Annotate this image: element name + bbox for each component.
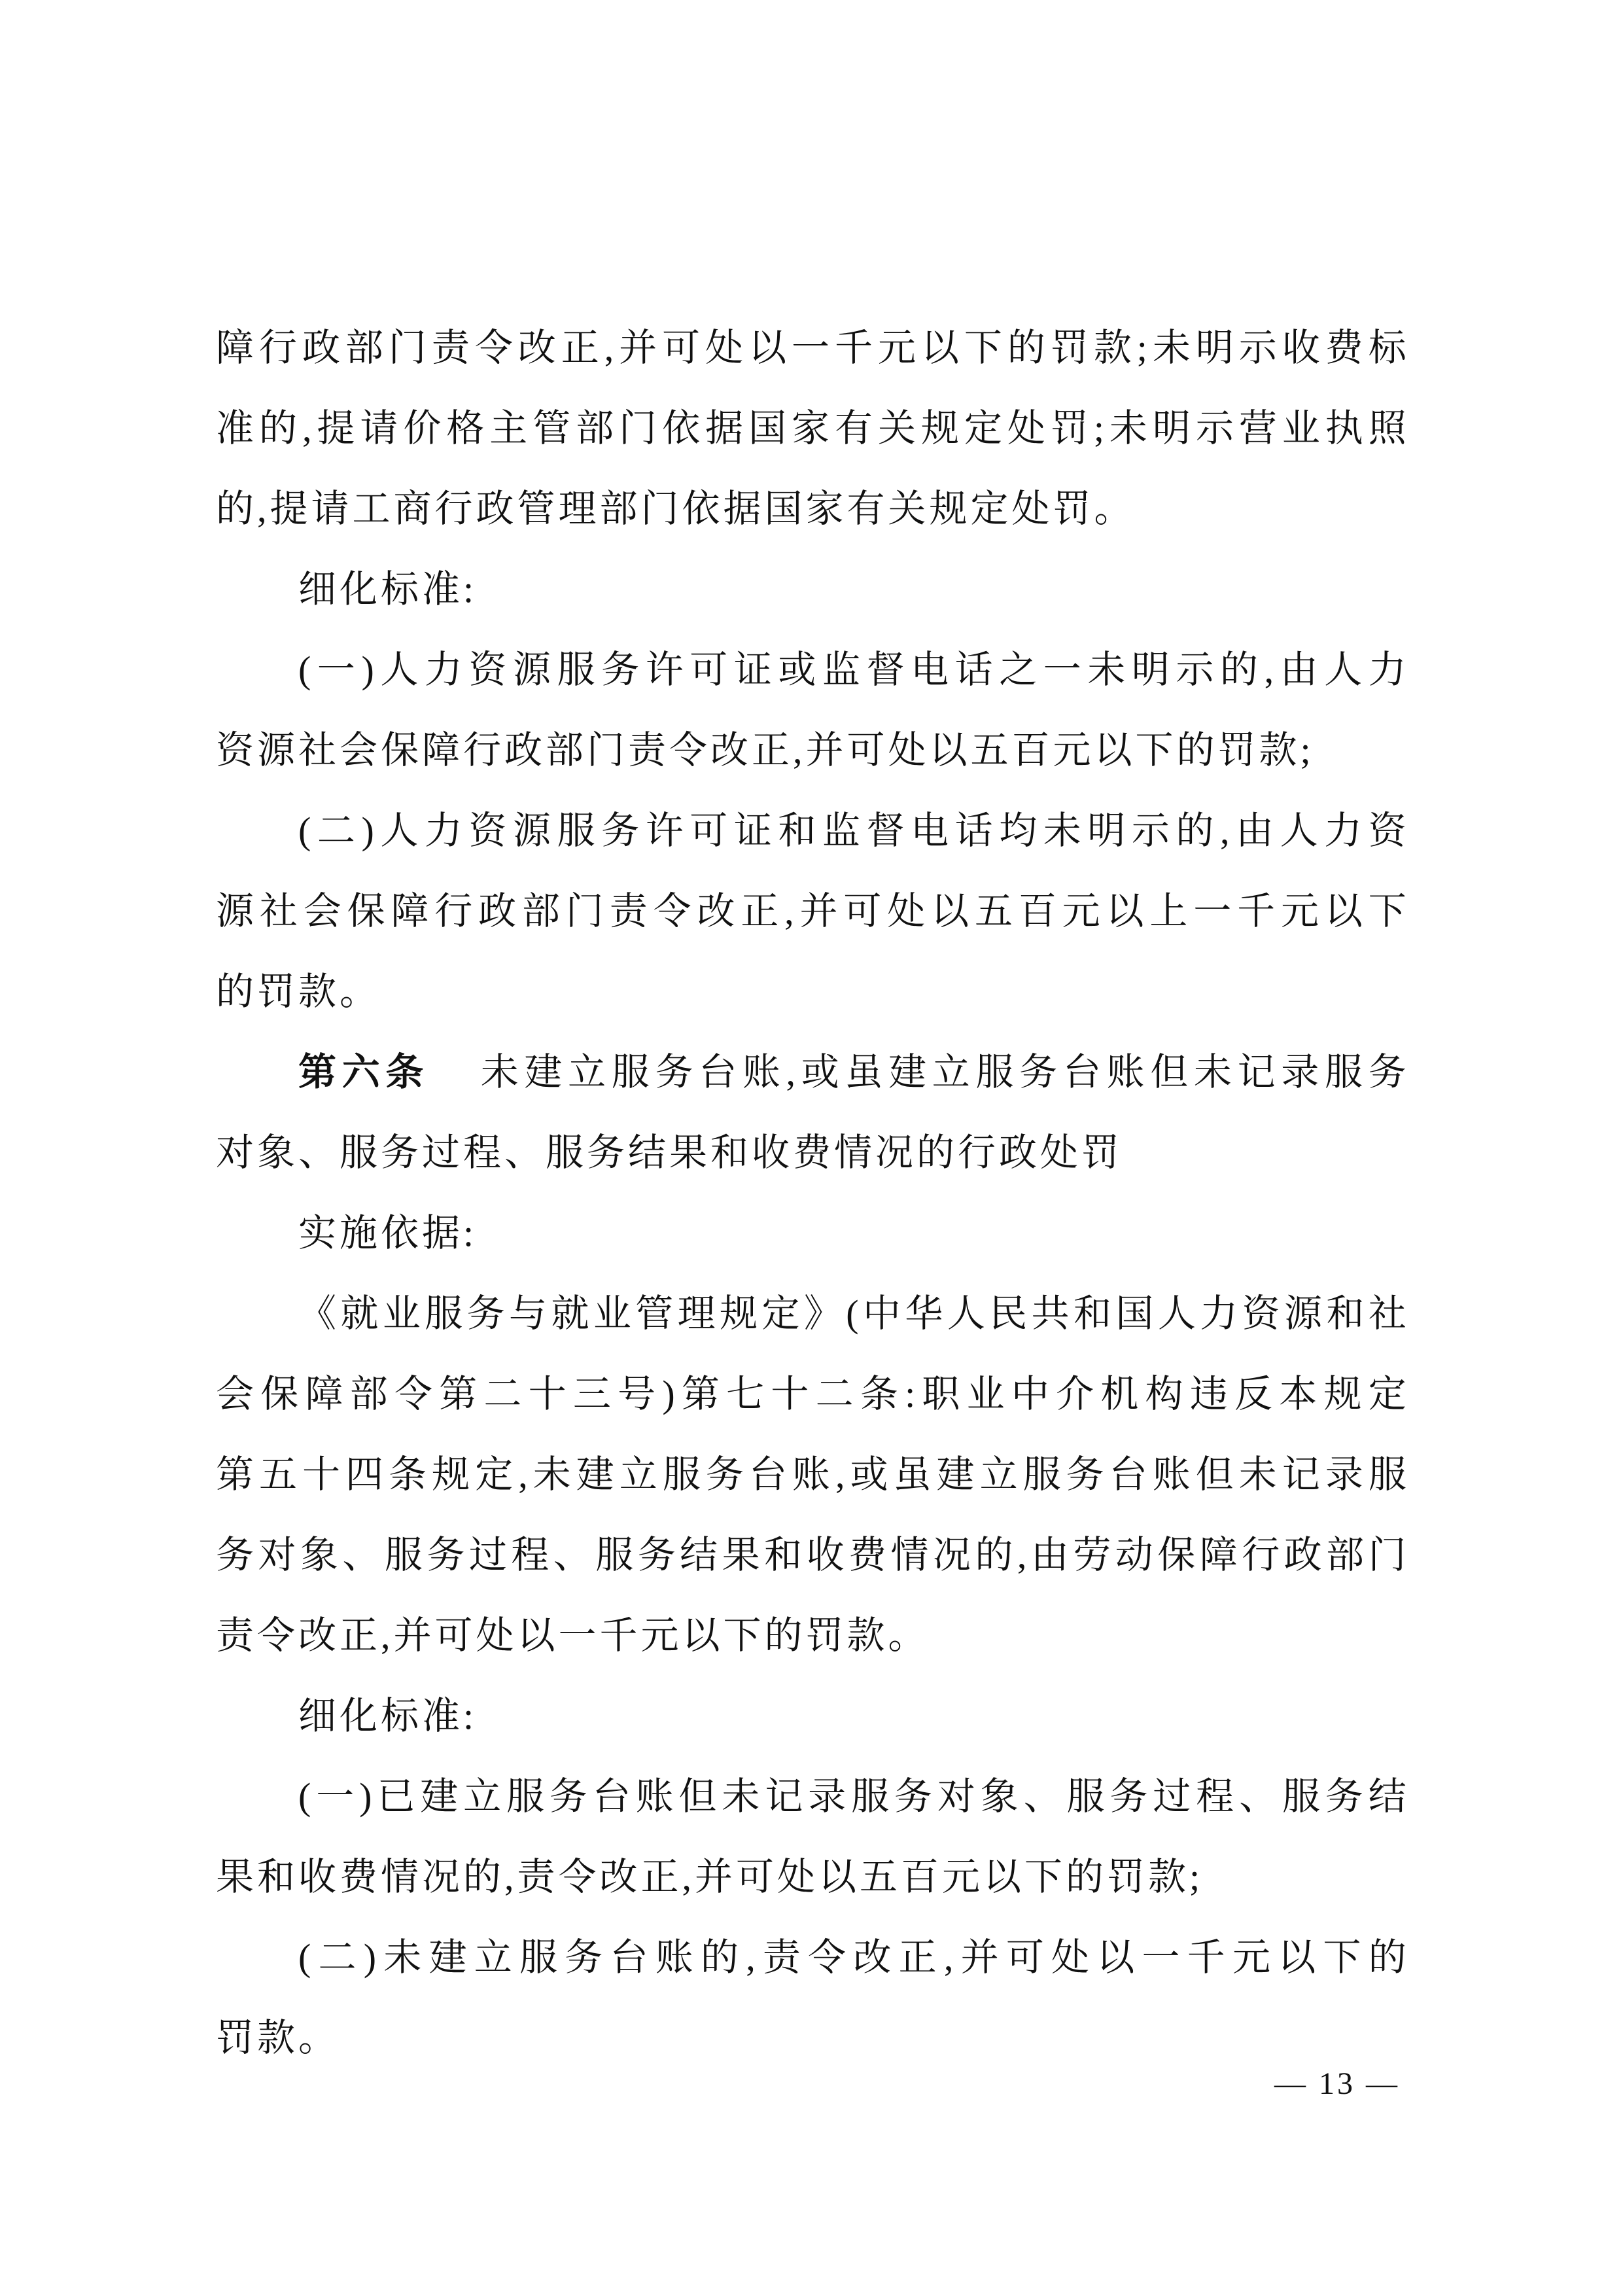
char: 明	[1153, 388, 1191, 468]
text-line: 细化标准:	[216, 549, 1406, 629]
char: 准	[216, 388, 254, 468]
article-number-char: 第	[298, 1032, 336, 1112]
char: 证	[734, 629, 772, 710]
char: 会	[216, 1354, 254, 1434]
char: 务	[427, 1515, 464, 1595]
char: 保	[260, 1354, 298, 1434]
char: 门	[566, 871, 604, 951]
char: 下	[1323, 1917, 1361, 1998]
text-line: 罚款。	[216, 1998, 1406, 2078]
char: 示	[1196, 388, 1234, 468]
char: 十	[771, 1354, 809, 1434]
char: 建	[420, 1756, 458, 1837]
char: 、	[1239, 1756, 1277, 1837]
char: 务	[1019, 1032, 1057, 1112]
char: 过	[469, 1515, 507, 1595]
char: 人	[1158, 1273, 1196, 1354]
char: (	[298, 1917, 311, 1998]
char: 服	[612, 1032, 650, 1112]
text-line: 的,提请工商行政管理部门依据国家有关规定处罚。	[216, 468, 1406, 549]
char: 千	[1187, 1917, 1225, 1998]
char: 业	[383, 1273, 421, 1354]
char: 务	[894, 1756, 932, 1837]
char: )	[359, 1756, 372, 1837]
char: 务	[550, 1756, 587, 1837]
char: 和	[1326, 1273, 1364, 1354]
char: 服	[851, 1756, 889, 1837]
char: 一	[317, 629, 355, 710]
char: 、	[553, 1515, 591, 1595]
char: 收	[807, 1515, 845, 1595]
char: :	[905, 1354, 915, 1434]
char: 关	[878, 388, 916, 468]
char: 部	[350, 1354, 388, 1434]
char: ,	[784, 871, 794, 951]
char: 职	[922, 1354, 960, 1434]
char: 可	[1006, 1917, 1044, 1998]
char: 行	[1242, 1515, 1280, 1595]
char: 力	[1324, 790, 1362, 871]
char: 可	[843, 871, 881, 951]
char: 业	[967, 1354, 1005, 1434]
char: 但	[1196, 1434, 1234, 1515]
char: 账	[1153, 1434, 1191, 1515]
char: 依	[662, 388, 700, 468]
char: 对	[258, 1515, 296, 1595]
char: 建	[576, 1434, 614, 1515]
char: 力	[1369, 629, 1406, 710]
char: 象	[300, 1515, 338, 1595]
char: 服	[595, 1515, 633, 1595]
char: 之	[999, 629, 1037, 710]
char: 规	[1324, 1354, 1362, 1434]
char: 台	[699, 1032, 737, 1112]
char: 二	[319, 1917, 357, 1998]
char: 门	[619, 388, 657, 468]
char: 营	[1239, 388, 1277, 468]
char: ,	[944, 1917, 954, 1998]
char: 账	[655, 1917, 693, 1998]
char: 务	[706, 1434, 744, 1515]
char: 条	[389, 1434, 427, 1515]
char: 未	[1239, 1434, 1277, 1515]
char: 三	[573, 1354, 611, 1434]
char: 人	[380, 629, 418, 710]
char: 务	[601, 629, 639, 710]
char: 立	[932, 1032, 970, 1112]
char: 保	[347, 871, 385, 951]
char: 部	[576, 388, 614, 468]
char: 处	[1051, 1917, 1089, 1998]
page-number: — 13 —	[1274, 2061, 1400, 2107]
char: 国	[1115, 1273, 1153, 1354]
char: 监	[822, 790, 860, 871]
char: (	[846, 1273, 858, 1354]
char: 证	[734, 790, 772, 871]
char: 处	[887, 871, 925, 951]
char: 号	[618, 1354, 655, 1434]
char: 规	[432, 1434, 470, 1515]
char: 规	[921, 388, 959, 468]
char: 国	[748, 388, 786, 468]
char: 反	[1234, 1354, 1272, 1434]
char: 未	[1109, 388, 1147, 468]
char: 政	[1284, 1515, 1322, 1595]
char: ,	[1017, 1515, 1027, 1595]
char: 、	[342, 1515, 380, 1595]
char: 账	[742, 1032, 780, 1112]
char: 未	[1043, 790, 1081, 871]
char: 以	[748, 308, 786, 388]
char: 或	[778, 629, 816, 710]
char: 务	[638, 1515, 676, 1595]
char: 门	[1369, 1515, 1406, 1595]
char: 许	[646, 790, 684, 871]
char: 以	[921, 308, 959, 388]
char: 人	[1324, 629, 1362, 710]
char: 就	[340, 1273, 378, 1354]
char: 账	[1107, 1032, 1145, 1112]
text-line: 细化标准:	[216, 1676, 1406, 1756]
char: 程	[1196, 1756, 1234, 1837]
char: 或	[801, 1032, 839, 1112]
text-line: 果和收费情况的,责令改正,并可处以五百元以下的罚款;	[216, 1837, 1406, 1917]
char: 以	[1106, 871, 1144, 951]
char: 下	[1369, 871, 1406, 951]
text-line: 第六条未建立服务台账,或虽建立服务台账但未记录服务	[298, 1032, 1406, 1112]
char: 未	[1153, 308, 1191, 388]
char: 元	[1062, 871, 1100, 951]
char: 保	[1157, 1515, 1195, 1595]
char: 社	[1369, 1273, 1406, 1354]
char: 记	[1282, 1434, 1320, 1515]
char: 部	[1326, 1515, 1364, 1595]
char: 社	[260, 871, 298, 951]
char: 未	[722, 1756, 759, 1837]
char: 第	[682, 1354, 720, 1434]
char: 过	[1153, 1756, 1191, 1837]
char: 话	[955, 790, 993, 871]
char: ;	[1094, 388, 1104, 468]
char: 就	[551, 1273, 589, 1354]
char: 管	[635, 1273, 673, 1354]
char: 动	[1115, 1515, 1153, 1595]
char: 罚	[1051, 308, 1089, 388]
char: 立	[568, 1032, 606, 1112]
char: 人	[947, 1273, 985, 1354]
char: 处	[705, 308, 743, 388]
char: 本	[1279, 1354, 1317, 1434]
char: 规	[720, 1273, 758, 1354]
char: 服	[425, 1273, 462, 1354]
char: )	[662, 1354, 674, 1434]
char: 费	[1325, 308, 1363, 388]
char: 人	[380, 790, 418, 871]
char: 上	[1149, 871, 1187, 951]
char: 由	[1236, 790, 1274, 871]
char: 提	[317, 388, 355, 468]
char: 务	[1369, 1032, 1406, 1112]
char: 改	[697, 871, 735, 951]
char: 由	[1280, 629, 1318, 710]
char: 格	[446, 388, 484, 468]
document-page: 障行政部门责令改正,并可处以一千元以下的罚款;未明示收费标准的,提请价格主管部门…	[0, 0, 1623, 2296]
char: 记	[765, 1756, 803, 1837]
char: 督	[867, 629, 905, 710]
char: 标	[1369, 308, 1406, 388]
char: 务	[1066, 1434, 1104, 1515]
text-line: 对象、服务过程、服务结果和收费情况的行政处罚	[216, 1112, 1406, 1193]
char: 明	[1087, 790, 1125, 871]
char: 条	[860, 1354, 898, 1434]
char: 正	[899, 1917, 937, 1998]
char: 以	[1278, 1917, 1316, 1998]
char: 力	[425, 790, 462, 871]
char: 定	[1369, 1354, 1406, 1434]
char: 建	[937, 1434, 975, 1515]
char: ,	[518, 1434, 528, 1515]
char: 可	[662, 308, 700, 388]
char: ,	[1265, 629, 1274, 710]
char: 和	[1073, 1273, 1111, 1354]
char: 门	[389, 308, 427, 388]
char: 台	[1063, 1032, 1101, 1112]
char: 立	[620, 1434, 657, 1515]
char: 政	[478, 871, 516, 951]
char: 录	[1281, 1032, 1319, 1112]
char: 一	[792, 308, 829, 388]
char: 下	[964, 308, 1002, 388]
text-line: 会保障部令第二十三号)第七十二条:职业中介机构违反本规定	[216, 1354, 1406, 1434]
char: ;	[1137, 308, 1147, 388]
char: 示	[1132, 790, 1170, 871]
char: ,	[835, 1434, 845, 1515]
text-line: 的罚款。	[216, 951, 1406, 1032]
char: 台	[749, 1434, 787, 1515]
char: 服	[663, 1434, 701, 1515]
char: 务	[601, 790, 639, 871]
char: 服	[519, 1917, 557, 1998]
char: 话	[955, 629, 993, 710]
char: 并	[961, 1917, 999, 1998]
char: 障	[1200, 1515, 1238, 1595]
char: 建	[524, 1032, 562, 1112]
char: 款	[1094, 308, 1132, 388]
char: 服	[1067, 1756, 1105, 1837]
char: 二	[816, 1354, 854, 1434]
article-number-char: 六	[342, 1032, 380, 1112]
char: 中	[863, 1273, 901, 1354]
char: )	[361, 790, 374, 871]
char: 由	[1031, 1515, 1069, 1595]
char: 机	[1100, 1354, 1138, 1434]
char: 十	[529, 1354, 567, 1434]
char: 据	[705, 388, 743, 468]
char: 管	[532, 388, 570, 468]
char: 账	[636, 1756, 674, 1837]
char: 定	[761, 1273, 799, 1354]
char: 、	[1024, 1756, 1062, 1837]
char: 会	[304, 871, 341, 951]
char: 服	[1282, 1756, 1320, 1837]
char: 务	[467, 1273, 505, 1354]
char: 元	[1232, 1917, 1270, 1998]
char: 业	[1282, 388, 1320, 468]
char: 虽	[845, 1032, 882, 1112]
char: 二	[483, 1354, 521, 1434]
text-line: 第五十四条规定,未建立服务台账,或虽建立服务台账但未记录服	[216, 1434, 1406, 1515]
char: 源	[513, 790, 551, 871]
char: 结	[1369, 1756, 1406, 1837]
char: ,	[1220, 790, 1230, 871]
char: 和	[778, 790, 816, 871]
char: 千	[1237, 871, 1275, 951]
char: )	[364, 1917, 376, 1998]
text-line: 实施依据:	[216, 1193, 1406, 1273]
char: ,	[746, 1917, 756, 1998]
char: 立	[463, 1756, 501, 1837]
char: 行	[434, 871, 472, 951]
char: 》	[804, 1273, 842, 1354]
char: )	[361, 629, 374, 710]
text-line: 源社会保障行政部门责令改正,并可处以五百元以上一千元以下	[216, 871, 1406, 951]
char: 力	[425, 629, 462, 710]
char: 务	[565, 1917, 602, 1998]
char: 未	[533, 1434, 571, 1515]
char: 电	[911, 790, 949, 871]
char: 已	[377, 1756, 415, 1837]
char: 以	[1325, 871, 1363, 951]
char: 情	[891, 1515, 929, 1595]
char: ,	[786, 1032, 796, 1112]
char: 录	[808, 1756, 846, 1837]
char: 违	[1190, 1354, 1228, 1434]
text-line: 《就业服务与就业管理规定》(中华人民共和国人力资源和社	[298, 1273, 1406, 1354]
char: 建	[888, 1032, 926, 1112]
char: 正	[561, 308, 599, 388]
char: 第	[216, 1434, 254, 1515]
char: 价	[403, 388, 441, 468]
char: 电	[911, 629, 949, 710]
char: 服	[975, 1032, 1013, 1112]
char: 力	[1200, 1273, 1238, 1354]
char: 人	[1280, 790, 1318, 871]
char: 但	[679, 1756, 717, 1837]
char: 令	[394, 1354, 432, 1434]
char: 服	[1325, 1032, 1363, 1112]
char: 与	[509, 1273, 547, 1354]
char: 令	[475, 308, 513, 388]
char: 记	[1238, 1032, 1276, 1112]
char: 十	[302, 1434, 340, 1515]
char: 部	[522, 871, 560, 951]
char: 象	[981, 1756, 1019, 1837]
char: ,	[302, 388, 312, 468]
char: 源	[1284, 1273, 1322, 1354]
char: 和	[764, 1515, 802, 1595]
char: 共	[1032, 1273, 1070, 1354]
char: 令	[654, 871, 691, 951]
text-line: 准的,提请价格主管部门依据国家有关规定处罚;未明示营业执照	[216, 388, 1406, 468]
char: 一	[1193, 871, 1231, 951]
char: ,	[604, 308, 614, 388]
char: 未	[1087, 629, 1125, 710]
char: 示	[1239, 308, 1277, 388]
text-line: 责令改正,并可处以一千元以下的罚款。	[216, 1595, 1406, 1676]
char: 责	[432, 308, 470, 388]
article-number-char: 条	[385, 1032, 423, 1112]
char: 可	[689, 790, 727, 871]
char: 服	[557, 629, 595, 710]
char: 执	[1325, 388, 1363, 468]
char: 服	[1369, 1434, 1406, 1515]
char: 的	[1176, 790, 1213, 871]
char: 立	[980, 1434, 1018, 1515]
char: 资	[1369, 790, 1406, 871]
char: 均	[999, 790, 1037, 871]
text-line: 资源社会保障行政部门责令改正,并可处以五百元以下的罚款;	[216, 710, 1406, 790]
char: 一	[1043, 629, 1081, 710]
char: 可	[689, 629, 727, 710]
char: 服	[385, 1515, 423, 1595]
char: 费	[848, 1515, 886, 1595]
char: 改	[518, 308, 556, 388]
char: 元	[1281, 871, 1319, 951]
text-line: 障行政部门责令改正,并可处以一千元以下的罚款;未明示收费标	[216, 308, 1406, 388]
text-line: (一)已建立服务台账但未记录服务对象、服务过程、服务结	[298, 1756, 1406, 1837]
char: 二	[317, 790, 355, 871]
text-block: 障行政部门责令改正,并可处以一千元以下的罚款;未明示收费标准的,提请价格主管部门…	[216, 308, 1406, 2078]
char: 正	[741, 871, 778, 951]
char: 照	[1369, 388, 1406, 468]
char: (	[298, 629, 311, 710]
char: 对	[937, 1756, 975, 1837]
char: 源	[216, 871, 254, 951]
char: 但	[1150, 1032, 1188, 1112]
char: 责	[763, 1917, 801, 1998]
char: 障	[305, 1354, 343, 1434]
char: 家	[792, 388, 829, 468]
char: 务	[216, 1515, 254, 1595]
char: 障	[216, 308, 254, 388]
char: 并	[800, 871, 838, 951]
char: 源	[513, 629, 551, 710]
char: 理	[678, 1273, 716, 1354]
char: 程	[511, 1515, 549, 1595]
char: 示	[1176, 629, 1213, 710]
char: 障	[391, 871, 428, 951]
char: 中	[1011, 1354, 1049, 1434]
char: 第	[439, 1354, 477, 1434]
char: 一	[316, 1756, 354, 1837]
char: 构	[1145, 1354, 1183, 1434]
char: 百	[1019, 871, 1056, 951]
char: 的	[1007, 308, 1045, 388]
text-line: (二)人力资源服务许可证和监督电话均未明示的,由人力资	[298, 790, 1406, 871]
text-line: (二)未建立服务台账的,责令改正,并可处以一千元以下的	[298, 1917, 1406, 1998]
char: 服	[1023, 1434, 1061, 1515]
char: (	[298, 1756, 311, 1837]
char: 虽	[894, 1434, 932, 1515]
text-line: (一)人力资源服务许可证或监督电话之一未明示的,由人力	[298, 629, 1406, 710]
char: 立	[474, 1917, 512, 1998]
char: 建	[429, 1917, 467, 1998]
char: 账	[792, 1434, 830, 1515]
char: 资	[468, 629, 506, 710]
char: 务	[1109, 1756, 1147, 1837]
char: 定	[475, 1434, 513, 1515]
char: 果	[722, 1515, 760, 1595]
